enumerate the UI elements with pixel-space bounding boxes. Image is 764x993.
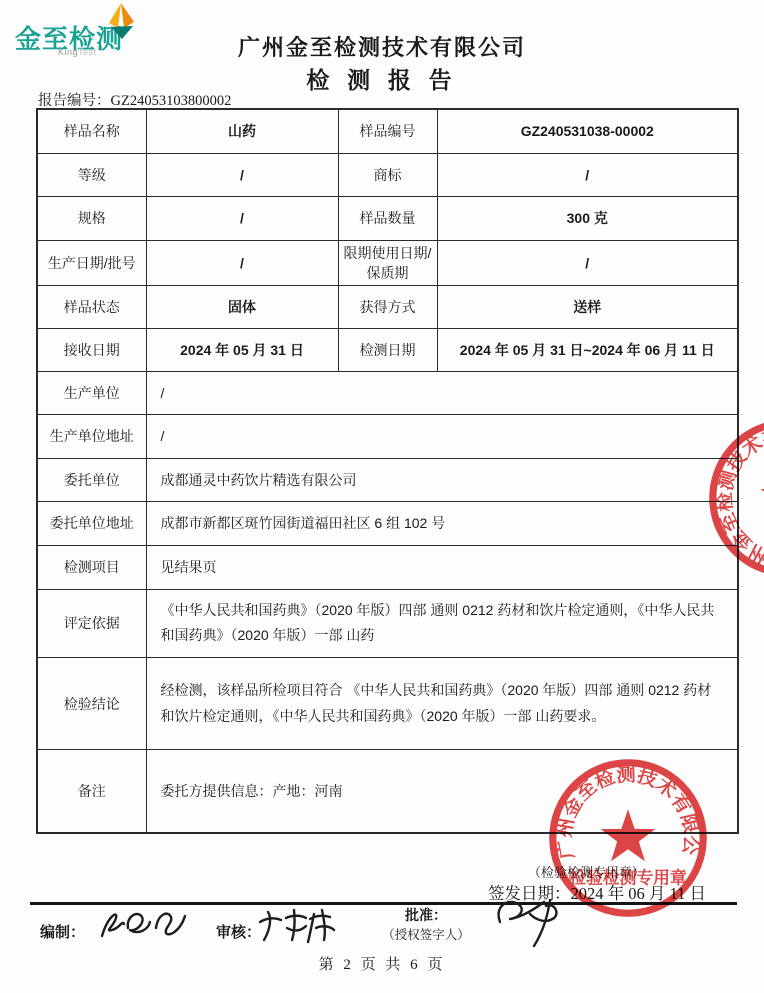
table-row: 委托单位地址 成都市新都区斑竹园街道福田社区 6 组 102 号 [37, 501, 738, 545]
field-label: 委托单位 [37, 458, 146, 501]
field-label: 生产单位 [37, 371, 146, 414]
table-row: 接收日期 2024 年 05 月 31 日 检测日期 2024 年 05 月 3… [37, 328, 738, 371]
prepared-signature [88, 902, 198, 950]
reviewed-signature [254, 902, 359, 950]
table-row: 样品状态 固体 获得方式 送样 [37, 285, 738, 328]
table-row: 生产单位地址 / [37, 414, 738, 458]
field-label: 规格 [37, 196, 146, 240]
field-value: 山药 [146, 109, 338, 153]
field-value: / [146, 153, 338, 196]
field-label: 样品名称 [37, 109, 146, 153]
field-value: / [146, 240, 338, 285]
table-row: 检测项目 见结果页 [37, 545, 738, 589]
field-value: 成都市新都区斑竹园街道福田社区 6 组 102 号 [146, 501, 738, 545]
field-label: 商标 [338, 153, 437, 196]
field-label: 检验结论 [37, 658, 146, 750]
field-label: 样品状态 [37, 285, 146, 328]
field-label: 生产单位地址 [37, 414, 146, 458]
table-row: 备注 委托方提供信息：产地：河南 [37, 750, 738, 833]
field-label: 限期使用日期/保质期 [338, 240, 437, 285]
field-value: / [146, 371, 738, 414]
field-value: 固体 [146, 285, 338, 328]
field-value: / [146, 196, 338, 240]
table-row: 委托单位 成都通灵中药饮片精选有限公司 [37, 458, 738, 501]
prepared-by-label: 编制： [40, 921, 85, 942]
field-label: 接收日期 [37, 328, 146, 371]
table-row: 生产日期/批号 / 限期使用日期/保质期 / [37, 240, 738, 285]
table-row: 生产单位 / [37, 371, 738, 414]
seal-note: （检验检测专用章） [528, 862, 645, 881]
field-label: 样品数量 [338, 196, 437, 240]
field-label: 获得方式 [338, 285, 437, 328]
table-row: 样品名称 山药 样品编号 GZ240531038-00002 [37, 109, 738, 153]
authorized-signatory-note: （授权签字人） [378, 927, 474, 944]
field-value: / [437, 240, 738, 285]
test-report-page: 金至检测 KingTest 广州金至检测技术有限公司 检 测 报 告 报告编号：… [0, 0, 764, 993]
sample-info-table: 样品名称 山药 样品编号 GZ240531038-00002 等级 / 商标 /… [36, 108, 739, 834]
field-label: 等级 [37, 153, 146, 196]
table-row: 规格 / 样品数量 300 克 [37, 196, 738, 240]
approved-by-title: 批准： [378, 908, 474, 927]
field-value: 送样 [437, 285, 738, 328]
field-value: 委托方提供信息：产地：河南 [146, 750, 738, 833]
field-value: 300 克 [437, 196, 738, 240]
field-value: 《中华人民共和国药典》（2020 年版）四部 通则 0212 药材和饮片检定通则… [146, 589, 738, 658]
table-row: 评定依据 《中华人民共和国药典》（2020 年版）四部 通则 0212 药材和饮… [37, 589, 738, 658]
field-value: GZ240531038-00002 [437, 109, 738, 153]
table-row: 检验结论 经检测，该样品所检项目符合 《中华人民共和国药典》（2020 年版）四… [37, 658, 738, 750]
field-value: / [146, 414, 738, 458]
field-value: / [437, 153, 738, 196]
field-label: 委托单位地址 [37, 501, 146, 545]
approved-signature [488, 892, 583, 952]
field-label: 生产日期/批号 [37, 240, 146, 285]
field-value: 经检测，该样品所检项目符合 《中华人民共和国药典》（2020 年版）四部 通则 … [146, 658, 738, 750]
company-name-title: 广州金至检测技术有限公司 [0, 31, 764, 62]
field-label: 备注 [37, 750, 146, 833]
report-number-line: 报告编号：GZ24053103800002 [38, 89, 231, 110]
issue-date-value: 2024 年 06 月 11 日 [570, 884, 706, 903]
seal-star-icon [752, 463, 764, 531]
field-label: 评定依据 [37, 589, 146, 658]
field-label: 检测日期 [338, 328, 437, 371]
report-number-value: GZ24053103800002 [111, 93, 232, 109]
field-value: 2024 年 05 月 31 日 [146, 328, 338, 371]
approved-by-label: 批准： （授权签字人） [378, 908, 474, 944]
page-number: 第 2 页 共 6 页 [0, 953, 764, 974]
report-number-label: 报告编号： [38, 93, 111, 109]
field-label: 样品编号 [338, 109, 437, 153]
table-row: 等级 / 商标 / [37, 153, 738, 196]
field-label: 检测项目 [37, 545, 146, 589]
field-value: 2024 年 05 月 31 日~2024 年 06 月 11 日 [437, 328, 738, 371]
field-value: 成都通灵中药饮片精选有限公司 [146, 458, 738, 501]
field-value: 见结果页 [146, 545, 738, 589]
